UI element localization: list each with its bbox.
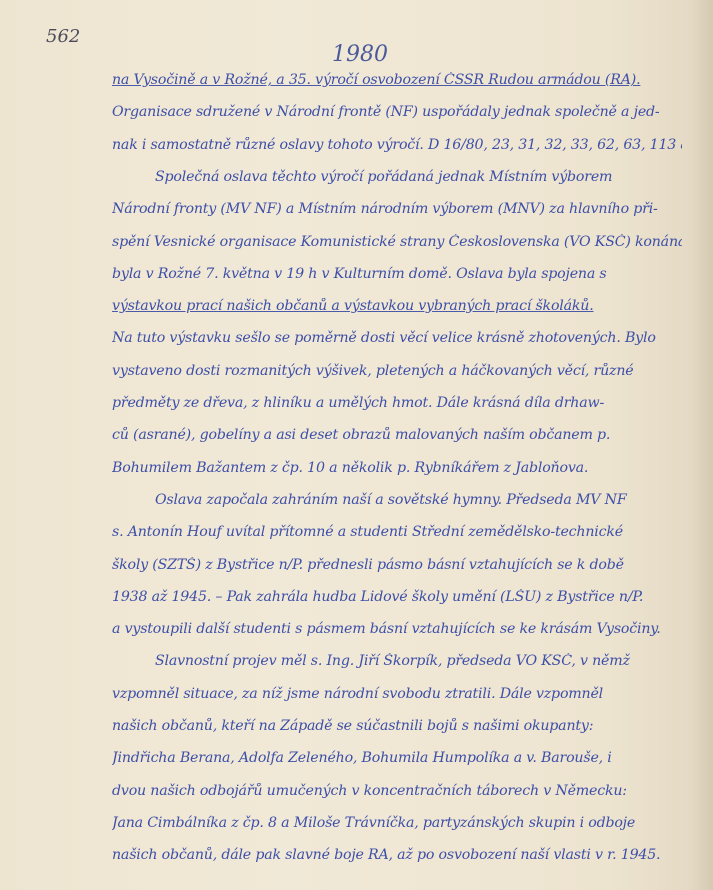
text-line: školy (SZTŠ) z Bystřice n/P. přednesli p… bbox=[112, 557, 682, 573]
text-line: našich občanů, kteří na Západě se súčast… bbox=[112, 718, 682, 734]
text-line: Jana Cimbálníka z čp. 8 a Miloše Trávníč… bbox=[112, 815, 682, 831]
text-line: a vystoupili další studenti s pásmem bás… bbox=[112, 621, 682, 637]
text-line: dvou našich odbojářů umučených v koncent… bbox=[112, 783, 682, 799]
text-line: výstavkou prací našich občanů a výstavko… bbox=[112, 298, 682, 314]
document-page: 562 1980 na Vysočině a v Rožné, a 35. vý… bbox=[0, 0, 713, 890]
text-line: předměty ze dřeva, z hliníku a umělých h… bbox=[112, 395, 682, 411]
text-line: vzpomněl situace, za níž jsme národní sv… bbox=[112, 686, 682, 702]
text-line: na Vysočině a v Rožné, a 35. výročí osvo… bbox=[112, 72, 682, 88]
text-line: Bohumilem Bažantem z čp. 10 a několik p.… bbox=[112, 460, 682, 476]
text-line: spění Vesnické organisace Komunistické s… bbox=[112, 234, 682, 250]
page-number: 562 bbox=[46, 26, 80, 47]
text-line: nak i samostatně různé oslavy tohoto výr… bbox=[112, 137, 682, 153]
text-line: Oslava započala zahráním naší a sovětské… bbox=[155, 492, 682, 508]
text-line: 1938 až 1945. – Pak zahrála hudba Lidové… bbox=[112, 589, 682, 605]
text-line: našich občanů, dále pak slavné boje RA, … bbox=[112, 847, 682, 863]
text-line: vystaveno dosti rozmanitých výšivek, ple… bbox=[112, 363, 682, 379]
text-line: byla v Rožné 7. května v 19 h v Kulturní… bbox=[112, 266, 682, 282]
text-line: Na tuto výstavku sešlo se poměrně dosti … bbox=[112, 330, 682, 346]
text-line: Jindřicha Berana, Adolfa Zeleného, Bohum… bbox=[112, 750, 682, 766]
text-line: s. Antonín Houf uvítal přítomné a studen… bbox=[112, 524, 682, 540]
text-line: ců (asrané), gobelíny a asi deset obrazů… bbox=[112, 427, 682, 443]
text-line: Národní fronty (MV NF) a Místním národní… bbox=[112, 201, 682, 217]
text-line: Slavnostní projev měl s. Ing. Jiří Škorp… bbox=[155, 653, 682, 669]
text-line: Společná oslava těchto výročí pořádaná j… bbox=[155, 169, 682, 185]
year-heading: 1980 bbox=[332, 42, 388, 67]
text-line: Organisace sdružené v Národní frontě (NF… bbox=[112, 104, 682, 120]
